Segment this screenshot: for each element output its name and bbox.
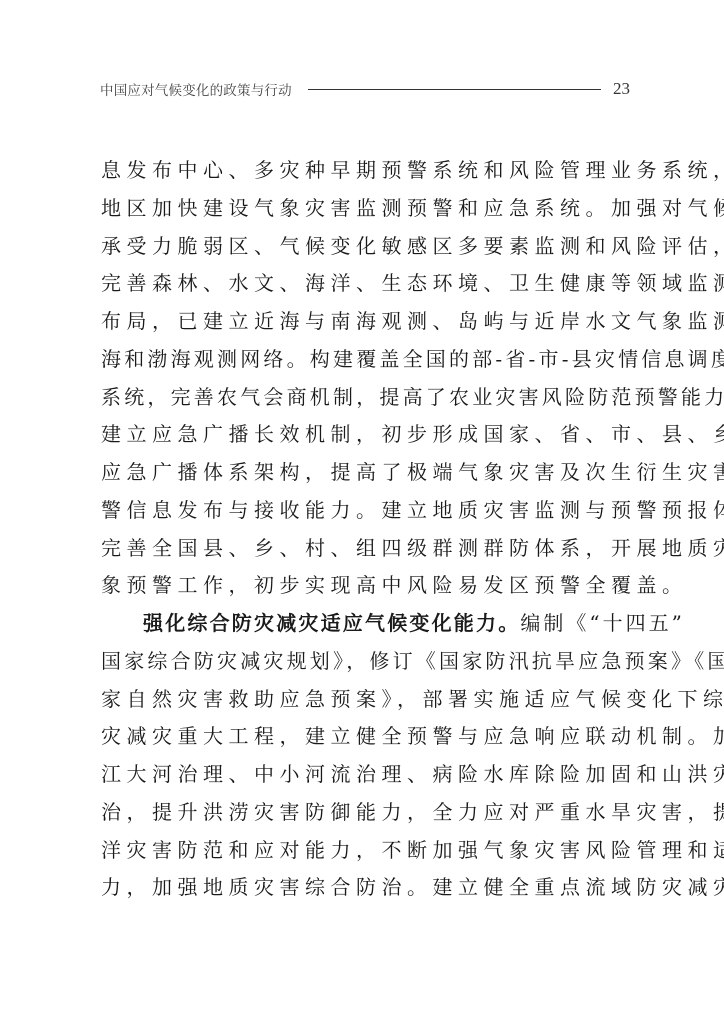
text-line: 建立应急广播长效机制，初步形成国家、省、市、县、乡、村 — [101, 416, 625, 454]
text-line: 系统，完善农气会商机制，提高了农业灾害风险防范预警能力。 — [101, 379, 625, 417]
text-line: 应急广播体系架构，提高了极端气象灾害及次生衍生灾害的预 — [101, 454, 625, 492]
header-title: 中国应对气候变化的政策与行动 — [100, 79, 292, 99]
text-line: 地区加快建设气象灾害监测预警和应急系统。加强对气候变化 — [101, 190, 625, 228]
text-line: 息发布中心、多灾种早期预警系统和风险管理业务系统，农村 — [101, 152, 625, 190]
text-line: 洋灾害防范和应对能力，不断加强气象灾害风险管理和适应能 — [101, 832, 625, 870]
text-line: 灾减灾重大工程，建立健全预警与应急响应联动机制。加强大 — [101, 718, 625, 756]
text-line: 家自然灾害救助应急预案》，部署实施适应气候变化下综合防 — [101, 681, 625, 719]
paragraph-lead-text: 编制《“十四五” — [520, 611, 684, 635]
text-line: 象预警工作，初步实现高中风险易发区预警全覆盖。 — [101, 567, 625, 605]
text-line: 警信息发布与接收能力。建立地质灾害监测与预警预报体系， — [101, 492, 625, 530]
text-line: 海和渤海观测网络。构建覆盖全国的部-省-市-县灾情信息调度 — [101, 341, 625, 379]
running-header: 中国应对气候变化的政策与行动 23 — [100, 78, 630, 100]
body-text: 息发布中心、多灾种早期预警系统和风险管理业务系统，农村 地区加快建设气象灾害监测… — [101, 152, 625, 907]
text-line: 完善森林、水文、海洋、生态环境、卫生健康等领域监测网络 — [101, 265, 625, 303]
header-rule — [308, 89, 601, 90]
document-page: 中国应对气候变化的政策与行动 23 息发布中心、多灾种早期预警系统和风险管理业务… — [0, 0, 724, 1023]
page-number: 23 — [613, 79, 630, 99]
text-line: 国家综合防灾减灾规划》，修订《国家防汛抗旱应急预案》《国 — [101, 643, 625, 681]
text-line: 布局，已建立近海与南海观测、岛屿与近岸水文气象监测、黄 — [101, 303, 625, 341]
text-line: 完善全国县、乡、村、组四级群测群防体系，开展地质灾害气 — [101, 530, 625, 568]
text-line: 力，加强地质灾害综合防治。建立健全重点流域防灾减灾联动 — [101, 869, 625, 907]
text-line: 江大河治理、中小河流治理、病险水库除险加固和山洪灾害防 — [101, 756, 625, 794]
text-line: 治，提升洪涝灾害防御能力，全力应对严重水旱灾害，提升海 — [101, 794, 625, 832]
paragraph-first-line: 强化综合防灾减灾适应气候变化能力。编制《“十四五” — [101, 605, 625, 643]
paragraph-heading: 强化综合防灾减灾适应气候变化能力。 — [143, 611, 520, 635]
text-line: 承受力脆弱区、气候变化敏感区多要素监测和风险评估，不断 — [101, 228, 625, 266]
